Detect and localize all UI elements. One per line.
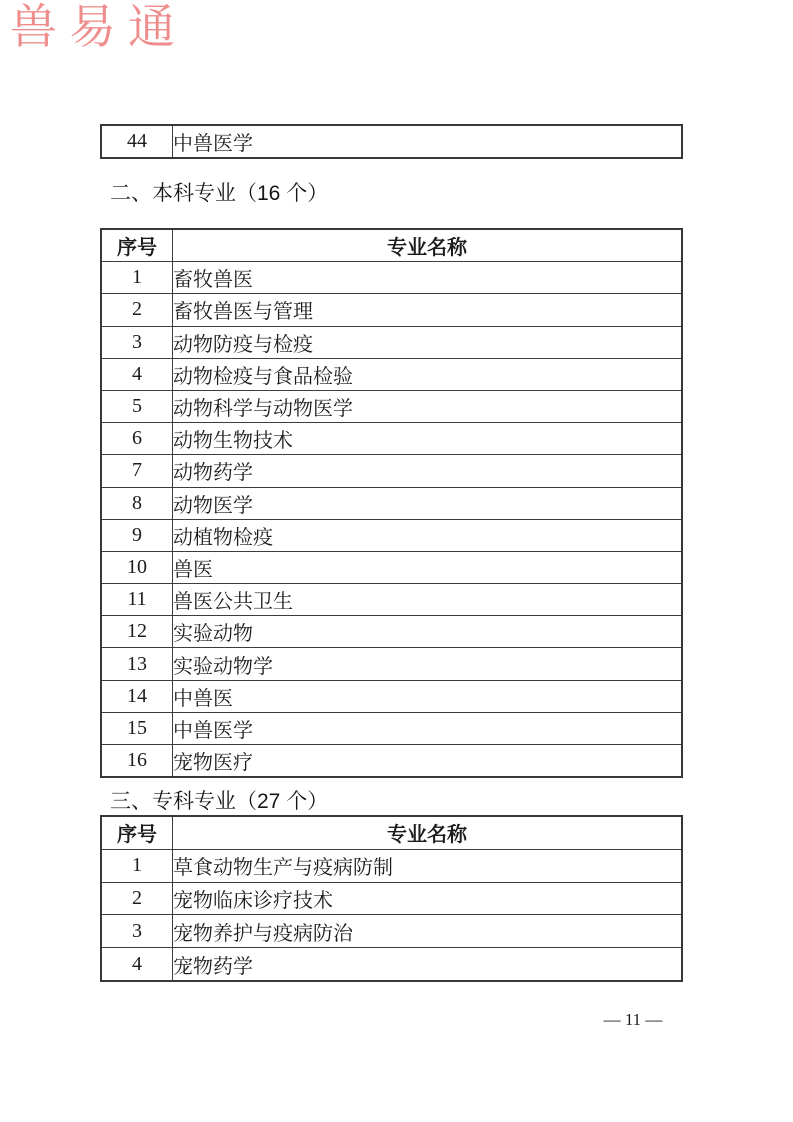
table-row: 4宠物药学 xyxy=(101,948,682,981)
table-row: 4动物检疫与食品检验 xyxy=(101,358,682,390)
row-serial-number: 4 xyxy=(101,358,173,390)
row-major-name: 中兽医学 xyxy=(173,712,683,744)
column-header-major-name: 专业名称 xyxy=(173,229,683,262)
table-row: 6动物生物技术 xyxy=(101,423,682,455)
table-row: 13实验动物学 xyxy=(101,648,682,680)
row-major-name: 中兽医 xyxy=(173,680,683,712)
row-major-name: 畜牧兽医 xyxy=(173,262,683,294)
row-major-name: 宠物药学 xyxy=(173,948,683,981)
row-serial-number: 16 xyxy=(101,745,173,778)
row-serial-number: 14 xyxy=(101,680,173,712)
continued-majors-table: 44中兽医学 xyxy=(100,124,683,159)
table-row: 3动物防疫与检疫 xyxy=(101,326,682,358)
row-major-name: 兽医公共卫生 xyxy=(173,584,683,616)
row-serial-number: 10 xyxy=(101,551,173,583)
undergraduate-majors-table: 序号 专业名称 1畜牧兽医2畜牧兽医与管理3动物防疫与检疫4动物检疫与食品检验5… xyxy=(100,228,683,778)
row-major-name: 动植物检疫 xyxy=(173,519,683,551)
table-row: 9动植物检疫 xyxy=(101,519,682,551)
table-row: 5动物科学与动物医学 xyxy=(101,390,682,422)
table-row: 16宠物医疗 xyxy=(101,745,682,778)
table-row: 44中兽医学 xyxy=(101,125,682,158)
row-major-name: 动物医学 xyxy=(173,487,683,519)
table-row: 15中兽医学 xyxy=(101,712,682,744)
column-header-serial-number: 序号 xyxy=(101,229,173,262)
table-row: 8动物医学 xyxy=(101,487,682,519)
table-row: 3宠物养护与疫病防治 xyxy=(101,915,682,948)
row-major-name: 草食动物生产与疫病防制 xyxy=(173,849,683,882)
row-major-name: 动物生物技术 xyxy=(173,423,683,455)
college-majors-table: 序号 专业名称 1草食动物生产与疫病防制2宠物临床诊疗技术3宠物养护与疫病防治4… xyxy=(100,815,683,982)
row-major-name: 畜牧兽医与管理 xyxy=(173,294,683,326)
row-major-name: 动物检疫与食品检验 xyxy=(173,358,683,390)
row-major-name: 动物药学 xyxy=(173,455,683,487)
table-row: 2畜牧兽医与管理 xyxy=(101,294,682,326)
row-serial-number: 11 xyxy=(101,584,173,616)
row-serial-number: 9 xyxy=(101,519,173,551)
row-serial-number: 13 xyxy=(101,648,173,680)
row-serial-number: 4 xyxy=(101,948,173,981)
watermark-logo: 兽易通 xyxy=(10,0,187,56)
row-major-name: 实验动物学 xyxy=(173,648,683,680)
row-serial-number: 3 xyxy=(101,915,173,948)
row-major-name: 宠物临床诊疗技术 xyxy=(173,882,683,915)
row-major-name: 宠物医疗 xyxy=(173,745,683,778)
row-serial-number: 8 xyxy=(101,487,173,519)
page-number: — 11 — xyxy=(593,1010,673,1030)
table-row: 11兽医公共卫生 xyxy=(101,584,682,616)
row-major-name: 中兽医学 xyxy=(173,125,683,158)
table-row: 2宠物临床诊疗技术 xyxy=(101,882,682,915)
row-serial-number: 2 xyxy=(101,882,173,915)
row-serial-number: 3 xyxy=(101,326,173,358)
row-serial-number: 15 xyxy=(101,712,173,744)
document-page: 兽易通 44中兽医学 二、本科专业（16 个） 序号 专业名称 1畜牧兽医2畜牧… xyxy=(0,0,793,1122)
table-row: 10兽医 xyxy=(101,551,682,583)
row-major-name: 动物科学与动物医学 xyxy=(173,390,683,422)
row-major-name: 宠物养护与疫病防治 xyxy=(173,915,683,948)
table-row: 1畜牧兽医 xyxy=(101,262,682,294)
row-serial-number: 2 xyxy=(101,294,173,326)
column-header-major-name: 专业名称 xyxy=(173,816,683,849)
row-major-name: 动物防疫与检疫 xyxy=(173,326,683,358)
row-serial-number: 6 xyxy=(101,423,173,455)
row-serial-number: 1 xyxy=(101,262,173,294)
row-major-name: 实验动物 xyxy=(173,616,683,648)
table-row: 1草食动物生产与疫病防制 xyxy=(101,849,682,882)
column-header-serial-number: 序号 xyxy=(101,816,173,849)
section-heading-college: 三、专科专业（27 个） xyxy=(110,785,328,815)
table-header-row: 序号 专业名称 xyxy=(101,816,682,849)
section-heading-undergraduate: 二、本科专业（16 个） xyxy=(110,177,328,207)
row-serial-number: 1 xyxy=(101,849,173,882)
table-row: 12实验动物 xyxy=(101,616,682,648)
table-row: 7动物药学 xyxy=(101,455,682,487)
row-serial-number: 44 xyxy=(101,125,173,158)
row-serial-number: 7 xyxy=(101,455,173,487)
row-serial-number: 5 xyxy=(101,390,173,422)
row-serial-number: 12 xyxy=(101,616,173,648)
table-header-row: 序号 专业名称 xyxy=(101,229,682,262)
row-major-name: 兽医 xyxy=(173,551,683,583)
table-row: 14中兽医 xyxy=(101,680,682,712)
